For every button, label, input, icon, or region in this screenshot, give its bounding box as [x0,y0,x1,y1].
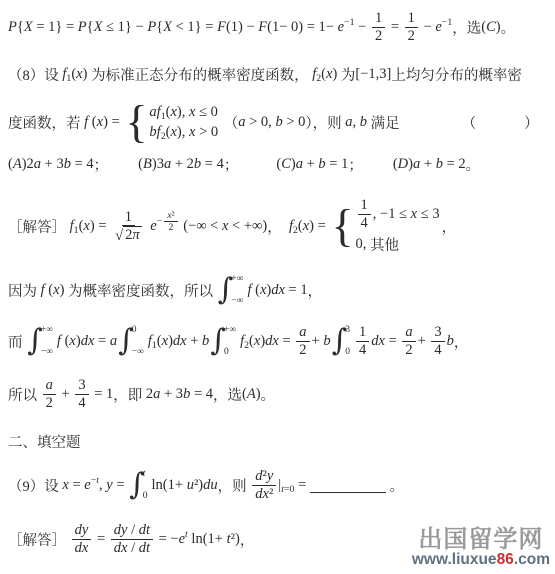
text-run: 为概率密度函数，所以 [64,280,216,301]
text-run: f (x) [41,282,65,299]
text-run: (A)2a + 3b = 4 [8,156,94,173]
text-run: + [418,333,430,350]
text-run: = 1 [91,386,114,403]
text-run: = −e [155,531,185,548]
line-q9: （9）设 x = e−t, y = ∫t0ln(1+ u²)du，则 d²ydx… [8,458,404,512]
text-run: 0 [224,347,229,357]
text-run: d²y [255,468,273,484]
text-run: (x), x ≤ 0 [166,104,218,121]
line-q8-solution-densities: ［解答］ f1(x) = 1√2π e−x²2 (−∞ < x < +∞)， f… [8,192,456,260]
text-run: （ [462,112,477,133]
subscript: 2 [161,131,166,142]
text-run: 1 [161,111,166,122]
text-run: (B)3a + 2b = 4 [138,156,224,173]
subscript: 1 [66,73,71,84]
spacer [363,164,393,165]
line-section-fill-in-blank: 二、填空题 [8,428,81,454]
text-run: (x), x > 0 [166,124,219,141]
fraction: 12 [405,10,418,43]
line-q8-intro: （8）设 f1(x) 为标准正态分布的概率密度函数， f2(x) 为[−1,3]… [8,60,522,88]
text-run: 1 [125,209,132,225]
text-run: [−1,3] [355,66,391,83]
text-run: a, b [345,114,367,131]
text-run: a > 0, b > 0 [238,114,305,131]
text-run: −1 [442,17,452,28]
text-run: ， [240,529,255,550]
watermark: 出国留学网 www.liuxue86.com [412,527,550,568]
text-run: ［解答］ [8,216,70,237]
fraction: 34 [75,377,88,410]
text-run: (D)a + b = 2 [393,156,466,173]
text-run: , y = [99,477,128,494]
text-run: dy / dt [114,522,150,538]
watermark-url: www.liuxue86.com [412,552,550,568]
text-run: 2 [244,340,249,351]
text-run: 而 [8,331,26,352]
text-run: t [143,469,146,479]
text-run: ， [308,280,323,301]
text-run: 。 [386,475,404,496]
text-run: (x) = [79,218,111,235]
piecewise-cases: {af1(x), x ≤ 0bf2(x), x > 0 [125,104,218,141]
text-run: x = e [62,477,90,494]
text-run: ln(1+ u²)du [152,477,218,494]
text-run: = [387,19,402,36]
text-run: −∞ [231,296,243,306]
text-run: (C) [481,19,500,36]
text-run: + [58,386,73,403]
spacer [476,122,524,123]
text-run: +∞ [41,325,53,335]
text-run: 上均匀分布的概率密 [391,64,522,85]
text-run: 2 [46,395,53,411]
fraction: a2 [296,324,309,357]
text-run: a [405,324,412,340]
fraction: 12 [372,10,385,43]
spacer [400,122,462,123]
text-run: 为标准正态分布的概率密度函数， [87,64,312,85]
brace-icon: { [331,208,353,245]
line-q8-solution-integral: 而 ∫+∞−∞f (x)dx = a∫0−∞f1(x)dx + b∫+∞0f2(… [8,316,468,366]
subscript: t=0 [281,484,294,495]
text-run: 1 [375,10,382,26]
watermark-url-prefix: www.liuxue [412,551,497,568]
text-run: 0 [143,491,148,501]
text-run: −1 [344,17,354,28]
text-run: (x) [71,66,87,83]
text-run: b [447,333,454,350]
text-run: 所以 [8,384,41,405]
text-run: 。 [466,154,481,175]
line-q8-solution-pdf-property: 因为 f (x) 为概率密度函数，所以 ∫+∞−∞f (x)dx = 1， [8,268,322,312]
subscript: 1 [74,225,79,236]
text-run: −t [91,475,99,486]
text-run: 因为 [8,280,41,301]
text-run: 0 [132,325,137,335]
text-run: ，选 [452,17,481,38]
text-run: (x) = [298,218,330,235]
text-run: − [355,19,370,36]
text-run: 2 [375,28,382,44]
text-run: （9）设 [8,475,62,496]
text-run: 4 [434,342,441,358]
line-q9-solution: ［解答］ dydx = dy / dtdx / dt = −et ln(1+ t… [8,514,254,564]
text-run: ， [442,216,457,237]
text-run: ［解答］ [8,529,70,550]
superscript: −1 [344,17,354,28]
watermark-site-name: 出国留学网 [412,527,550,552]
text-run: （8）设 [8,64,62,85]
text-run: ），则 [305,112,345,133]
text-run: dy [75,522,89,538]
text-run: −∞ [41,347,53,357]
brace-icon: { [125,104,147,141]
subscript: 2 [244,340,249,351]
text-run: f (x)dx = a [57,333,117,350]
square-root: √2π [115,226,141,243]
text-run: 2 [316,73,321,84]
text-run: ； [348,154,363,175]
text-run: 3 [434,324,441,340]
superscript: −x²2 [157,210,180,233]
text-run: dx² [255,486,273,502]
text-run: ln(1+ t²) [188,531,240,548]
text-run: 4 [78,395,85,411]
text-run: 为 [337,64,355,85]
fraction: dydx [72,522,92,555]
text-run: 2 [168,222,173,233]
fraction: x²2 [164,210,177,233]
text-run: + b [312,333,331,350]
text-run: a [46,377,53,393]
text-run: − e [420,19,442,36]
subscript: 2 [316,73,321,84]
integral: ∫+∞−∞ [218,274,247,306]
fraction: d²ydx² [252,468,276,501]
integral: ∫t0 [129,469,150,501]
text-run: P{X = 1} = P{X ≤ 1} − P{X < 1} = F(1) − … [8,19,344,36]
spacer [108,164,138,165]
text-run: bf [149,124,160,141]
text-run: t=0 [281,484,294,495]
integral: ∫30 [332,325,353,357]
subscript: 1 [161,111,166,122]
line-q8-options: (A)2a + 3b = 4；(B)3a + 2b = 4；(C)a + b =… [8,150,480,178]
fraction: 34 [431,324,444,357]
line-q8-condition: 度函数，若 f (x) = {af1(x), x ≤ 0bf2(x), x > … [8,94,539,150]
text-run: ） [524,112,539,133]
text-run: 二、填空题 [8,431,81,452]
text-run: e [147,218,157,235]
text-run: ，选 [213,384,242,405]
text-run: f (x)dx = 1 [247,282,307,299]
line-prev-answer-c: P{X = 1} = P{X ≤ 1} − P{X < 1} = F(1) − … [8,6,515,48]
text-run: dx / dt [114,540,150,556]
text-run: (x)dx = [249,333,294,350]
text-run: 4 [361,215,368,231]
text-run: x² [167,210,174,221]
watermark-url-highlight: 86 [497,551,514,568]
text-run: 。 [261,384,276,405]
text-run: 1 [359,324,366,340]
text-run: ， [267,216,289,237]
text-run: 2 [293,225,298,236]
text-run: +∞ [231,274,243,284]
text-run: (−∞ < x < +∞) [180,218,268,235]
text-run: 1 [361,197,368,213]
subscript: 1 [152,340,157,351]
text-run: ； [224,154,239,175]
spacer [238,164,276,165]
text-run: 1 [152,340,157,351]
superscript: t [185,529,188,540]
text-run: 2a + 3b = 4 [146,386,213,403]
text-run: (x) [321,66,337,83]
text-run: 2 [405,342,412,358]
integral: ∫+∞−∞ [27,325,56,357]
line-q8-solution-conclusion: 所以 a2 + 34 = 1，即 2a + 3b = 4，选(A)。 [8,372,275,416]
text-run: 度函数，若 [8,112,84,133]
text-run: 2 [299,342,306,358]
text-run: af [149,104,160,121]
fraction: 14 [356,324,369,357]
text-run: (A) [242,386,261,403]
text-run: ，则 [218,475,251,496]
fraction: a2 [43,377,56,410]
superscript: −1 [442,17,452,28]
text-run: 。 [501,17,516,38]
watermark-url-suffix: .com [514,551,550,568]
document-page: 出国留学网 www.liuxue86.com P{X = 1} = P{X ≤ … [0,0,555,574]
fraction: a2 [402,324,415,357]
text-run: （ [220,112,238,133]
text-run: (x)dx + b [157,333,210,350]
text-run: 2π [125,227,140,243]
fraction: 14 [358,197,371,230]
subscript: 2 [293,225,298,236]
text-run: f (x) = [84,114,123,131]
text-run: , −1 ≤ x ≤ 3 [373,206,440,223]
text-run: 2 [161,131,166,142]
text-run: ，即 [113,384,146,405]
text-run: 满足 [367,112,400,133]
integral: ∫+∞0 [210,325,239,357]
text-run: = [294,477,309,494]
superscript: −t [91,475,99,486]
integral: ∫0−∞ [118,325,147,357]
text-run: 其他 [370,234,399,255]
radical-icon: √ [115,229,123,244]
text-run: = [93,531,108,548]
text-run: − [157,216,163,227]
text-run: a [299,324,306,340]
text-run: t [185,529,188,540]
text-run: 0, [356,236,371,253]
fraction: 1√2π [112,209,144,243]
text-run: 1 [66,73,71,84]
text-run: 1 [408,10,415,26]
answer-blank [310,477,386,493]
text-run: ； [94,154,109,175]
text-run: 1 [74,225,79,236]
piecewise-cases: {14, −1 ≤ x ≤ 30, 其他 [331,197,439,254]
text-run: (C)a + b = 1 [276,156,348,173]
text-run: dx = [371,333,400,350]
text-run: 2 [408,28,415,44]
text-run: ， [454,331,469,352]
text-run: 3 [345,325,350,335]
text-run: +∞ [224,325,236,335]
text-run: 3 [78,377,85,393]
fraction: dy / dtdx / dt [111,522,153,555]
text-run: 4 [359,342,366,358]
text-run: dx [75,540,89,556]
text-run: 0 [345,347,350,357]
text-run: −∞ [132,347,144,357]
